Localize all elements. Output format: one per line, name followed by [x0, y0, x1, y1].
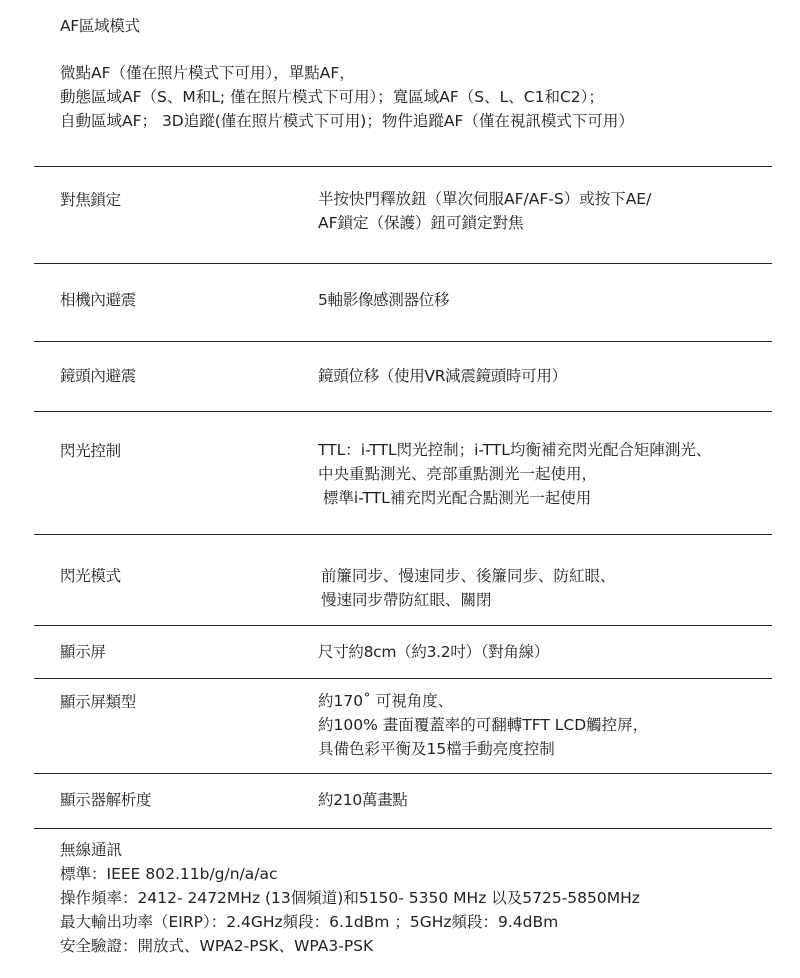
spec-value-line: 約100% 畫面覆蓋率的可翻轉TFT LCD觸控屏， [318, 713, 648, 737]
af-area-line: 自動區域AF； 3D追蹤(僅在照片模式下可用)；物件追蹤AF（僅在視訊模式下可用… [60, 109, 634, 133]
wireless-line: 操作頻率：2412- 2472MHz (13個頻道)和5150- 5350 MH… [60, 886, 640, 910]
divider [34, 534, 772, 535]
spec-value-in-camera-vr: 5軸影像感測器位移 [318, 289, 449, 311]
divider [34, 263, 772, 264]
spec-value-line: 中央重點測光、亮部重點測光一起使用， [318, 462, 711, 486]
spec-label-flash-mode: 閃光模式 [60, 565, 121, 587]
spec-value-line: TTL：i-TTL閃光控制；i-TTL均衡補充閃光配合矩陣測光、 [318, 438, 711, 462]
spec-value-focus-lock: 半按快門釋放鈕（單次伺服AF/AF-S）或按下AE/ AF鎖定（保護）鈕可鎖定對… [318, 187, 651, 235]
divider [34, 166, 772, 167]
af-area-line: 微點AF（僅在照片模式下可用），單點AF， [60, 61, 634, 85]
divider [34, 625, 772, 626]
divider [34, 828, 772, 829]
spec-label-in-camera-vr: 相機內避震 [60, 289, 136, 311]
spec-value-line: 約170˚ 可視角度、 [318, 689, 648, 713]
wireless-line: 最大輸出功率（EIRP）：2.4GHz頻段：6.1dBm ；5GHz頻段：9.4… [60, 910, 640, 934]
wireless-heading: 無線通訊 [60, 838, 640, 862]
spec-value-line: 標準i-TTL補充閃光配合點測光一起使用 [318, 486, 711, 510]
spec-label-display: 顯示屏 [60, 641, 106, 663]
spec-value-line: 具備色彩平衡及15檔手動亮度控制 [318, 737, 648, 761]
spec-label-display-type: 顯示屏類型 [60, 691, 136, 713]
spec-value-line: 半按快門釋放鈕（單次伺服AF/AF-S）或按下AE/ [318, 187, 651, 211]
spec-value-lens-vr: 鏡頭位移（使用VR減震鏡頭時可用） [318, 365, 567, 387]
spec-value-display: 尺寸約8cm（約3.2吋）（對角線） [318, 641, 549, 663]
spec-value-flash-control: TTL：i-TTL閃光控制；i-TTL均衡補充閃光配合矩陣測光、 中央重點測光、… [318, 438, 711, 510]
divider [34, 341, 772, 342]
spec-label-display-resolution: 顯示器解析度 [60, 789, 151, 811]
spec-value-display-type: 約170˚ 可視角度、 約100% 畫面覆蓋率的可翻轉TFT LCD觸控屏， 具… [318, 689, 648, 761]
divider [34, 411, 772, 412]
spec-label-focus-lock: 對焦鎖定 [60, 189, 121, 211]
spec-value-display-resolution: 約210萬畫點 [318, 789, 408, 811]
spec-value-line: AF鎖定（保護）鈕可鎖定對焦 [318, 211, 651, 235]
divider [34, 678, 772, 679]
wireless-line: 標準：IEEE 802.11b/g/n/a/ac [60, 862, 640, 886]
spec-value-line: 慢速同步帶防紅眼、關閉 [321, 588, 616, 612]
af-area-line: 動態區域AF（S、M和L; 僅在照片模式下可用）；寬區域AF（S、L、C1和C2… [60, 85, 634, 109]
af-area-description: 微點AF（僅在照片模式下可用），單點AF， 動態區域AF（S、M和L; 僅在照片… [60, 61, 634, 133]
wireless-section: 無線通訊 標準：IEEE 802.11b/g/n/a/ac 操作頻率：2412-… [60, 838, 640, 958]
wireless-line: 安全驗證：開放式、WPA2-PSK、WPA3-PSK [60, 934, 640, 958]
af-area-heading: AF區域模式 [60, 15, 140, 37]
spec-label-flash-control: 閃光控制 [60, 440, 121, 462]
spec-value-flash-mode: 前簾同步、慢速同步、後簾同步、防紅眼、 慢速同步帶防紅眼、關閉 [321, 564, 616, 612]
spec-label-lens-vr: 鏡頭內避震 [60, 365, 136, 387]
divider [34, 773, 772, 774]
spec-value-line: 前簾同步、慢速同步、後簾同步、防紅眼、 [321, 564, 616, 588]
